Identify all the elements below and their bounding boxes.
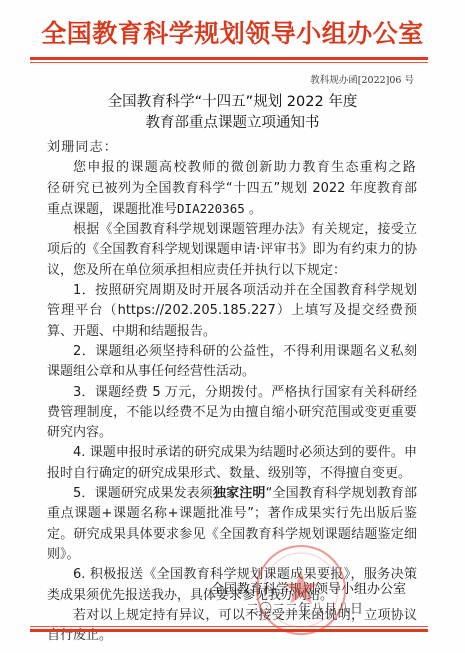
exclusive-attribution-emphasis: 独家注明: [213, 486, 266, 501]
salutation: 刘珊同志：: [47, 138, 417, 158]
notification-document: 全国教育科学规划领导小组办公室 教科规办函[2022]06 号 全国教育科学“十…: [0, 0, 465, 653]
document-title-line2: 教育部重点课题立项通知书: [0, 113, 465, 133]
footer-divider: [30, 626, 428, 632]
rule-item-1: 1．按照研究周期及时开展各项活动并在全国教育科学规划管理平台（https://2…: [47, 281, 417, 342]
approval-lead: 您申报的课题: [73, 160, 159, 175]
rule-item-5: 5．课题研究成果发表须独家注明“全国教育科学规划教育部重点课题+课题名称+课题批…: [47, 484, 417, 565]
divider-thin-line: [30, 62, 428, 63]
paragraph-approval: 您申报的课题高校教师的微创新助力教育生态重构之路径研究已被列为全国教育科学“十四…: [47, 158, 417, 220]
letterhead-title: 全国教育科学规划领导小组办公室: [0, 18, 465, 50]
document-body: 刘珊同志： 您申报的课题高校教师的微创新助力教育生态重构之路径研究已被列为全国教…: [47, 138, 417, 646]
letterhead-divider: [30, 57, 428, 63]
rule-item-2: 2．课题组必须坚持科研的公益性，不得利用课题名义私刻课题组公章和从事任何经营性活…: [47, 342, 417, 383]
document-title-line1: 全国教育科学“十四五”规划 2022 年度: [0, 92, 465, 112]
rule-item-3: 3．课题经费 5 万元，分期拨付。严格执行国家有关科研经费管理制度，不能以经费不…: [47, 383, 417, 444]
paragraph-regulations: 根据《全国教育科学规划课题管理办法》有关规定，接受立项后的《全国教育科学规划课题…: [47, 220, 417, 281]
signature-org: 全国教育科学规划领导小组办公室: [211, 580, 406, 600]
approval-number: DIA220365: [177, 201, 245, 216]
signature-date: 二〇二二年八月八日: [246, 600, 363, 620]
rule-item-4: 4. 课题申报时承诺的研究成果为结题时必须达到的要件。申报时自行确定的研究成果形…: [47, 443, 417, 484]
divider-thick-line: [30, 629, 428, 632]
document-number: 教科规办函[2022]06 号: [310, 74, 414, 88]
